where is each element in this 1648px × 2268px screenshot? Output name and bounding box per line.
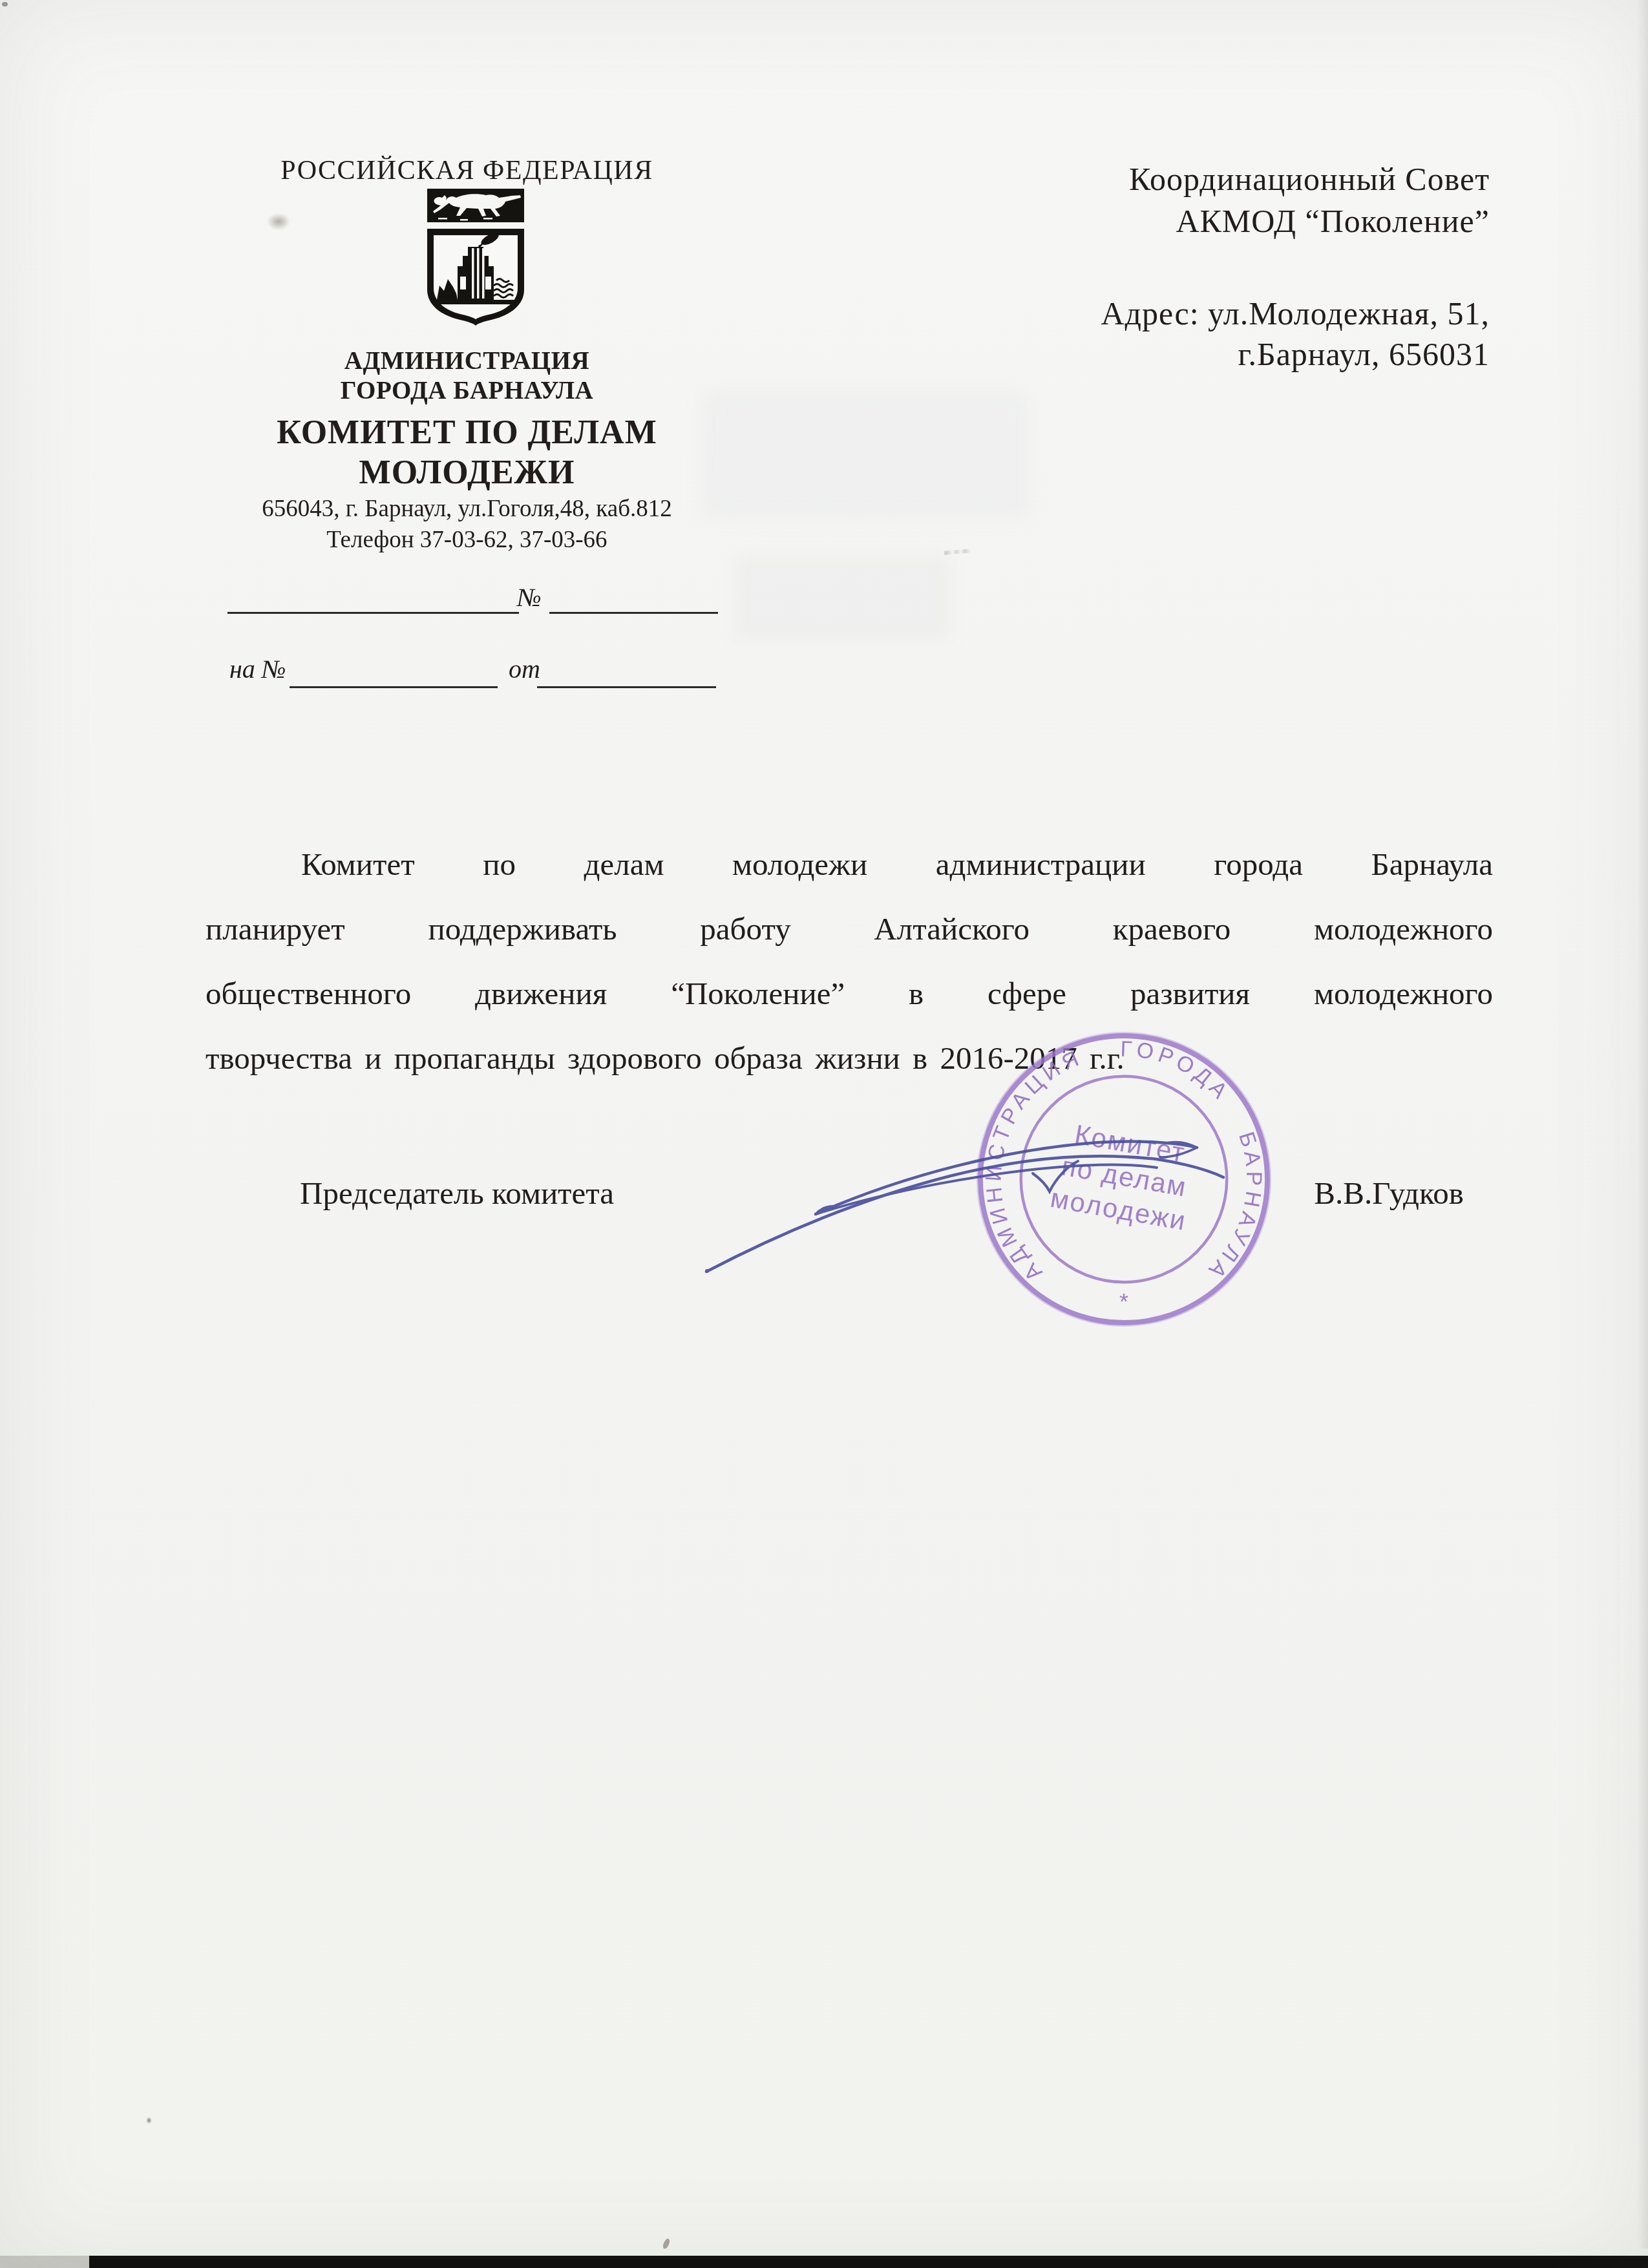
scan-artifact-scribble (944, 549, 971, 555)
outgoing-number-value-line (549, 583, 718, 614)
body-line: Комитет по делам молодежи администрации … (206, 835, 1493, 899)
recipient-org-line2: АКМОД “Поколение” (1176, 202, 1490, 240)
scan-artifact-fleck (662, 2238, 671, 2250)
scan-artifact-tone-patch (737, 556, 950, 640)
body-line: планирует поддерживать работу Алтайского… (206, 899, 1493, 964)
scan-artifact-corner-speck (2, 2, 8, 6)
letterhead-address: 656043, г. Барнаул, ул.Гоголя,48, каб.81… (0, 495, 934, 523)
scan-artifact-smudge (267, 213, 290, 230)
number-sign-label: № (517, 582, 542, 613)
org-name-line1: АДМИНИСТРАЦИЯ (0, 346, 934, 375)
scan-edge-dark-bar (89, 2256, 1648, 2268)
recipient-address-line2: г.Барнаул, 656031 (1238, 335, 1490, 373)
reply-date-blank-line (537, 657, 716, 688)
reply-date-label: от (509, 654, 540, 684)
body-line: общественного движения “Поколение” в сфе… (206, 964, 1493, 1029)
committee-name-line2: МОЛОДЕЖИ (0, 454, 934, 492)
scan-artifact-dot (146, 2117, 152, 2124)
outgoing-number-blank-line (227, 583, 519, 614)
recipient-address-line1: Адрес: ул.Молодежная, 51, (1101, 295, 1490, 332)
scan-edge-bottom-left (0, 2256, 89, 2268)
handwritten-signature (672, 1066, 1286, 1299)
recipient-org-line1: Координационный Совет (1129, 160, 1490, 198)
reply-to-number-label: на № (229, 654, 286, 684)
scan-edge-light-line (0, 2249, 1648, 2256)
letterhead-phone: Телефон 37-03-62, 37-03-66 (0, 526, 934, 554)
reply-number-blank-line (290, 657, 498, 688)
country-heading: РОССИЙСКАЯ ФЕДЕРАЦИЯ (0, 155, 934, 186)
barnaul-coat-of-arms-icon (427, 189, 525, 326)
committee-name-line1: КОМИТЕТ ПО ДЕЛАМ (0, 414, 934, 452)
scan-edge-shadow-right (1636, 0, 1648, 2268)
org-name-line2: ГОРОДА БАРНАУЛА (0, 376, 934, 405)
scanned-letter-page: РОССИЙСКАЯ ФЕДЕРАЦИЯ (0, 0, 1648, 2268)
body-paragraph: Комитет по делам молодежи администрации … (206, 835, 1493, 1093)
